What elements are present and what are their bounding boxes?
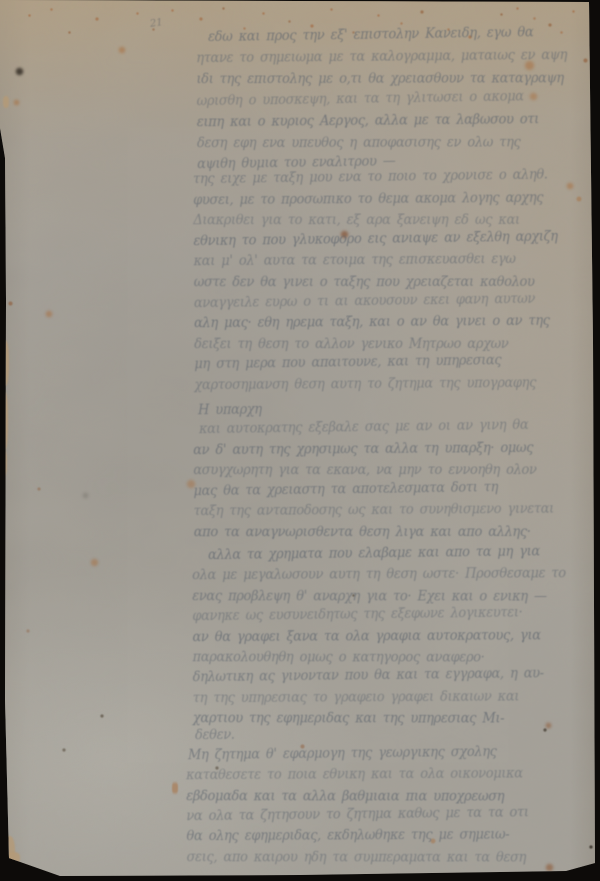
handwritten-line: ασυγχωρητη για τα εκανα, να μην το εννοη…: [193, 462, 536, 478]
handwritten-line: θα ολης εφημεριδας, εκδηλωθηκε της με ση…: [186, 827, 509, 844]
handwritten-line: αν θα γραφει ξανα τα ολα γραφια αυτοκρατ…: [192, 628, 540, 645]
manuscript-page: 21 εδω και προς την εξ' επιστολην Κανειδ…: [0, 0, 600, 881]
scanned-document: 21 εδω και προς την εξ' επιστολην Κανειδ…: [0, 0, 600, 881]
handwritten-line: παρακολουθηθη ομως ο κατηγορος αναφερο·: [193, 650, 485, 666]
handwritten-line: ειπη και ο κυριος Αεργος, αλλα με τα λαβ…: [197, 112, 539, 131]
handwritten-line: και μ' ολ' αυτα τα ετοιμα της επισκευασθ…: [194, 251, 516, 269]
handwritten-line: δεση εφη ενα υπευθος η αποφασισης εν ολω…: [197, 135, 520, 151]
handwritten-line: δηλωτικη ας γινονταν που θα και τα εγγρα…: [193, 666, 544, 686]
handwritten-line: απο τα αναγνωρισθεντα θεση λιγα και απο …: [194, 524, 531, 540]
handwritten-line: φανηκε ως ευσυνειδητως της εξεφωνε λογικ…: [192, 605, 522, 624]
handwritten-line: χαρτοσημανση θεση αυτη το ζητημα της υπο…: [194, 375, 536, 393]
handwritten-line: καταθεσετε το ποια εθνικη και τα ολα οικ…: [186, 766, 523, 783]
handwritten-line: ενας προβλεψη θ' αναρχη για το· Εχει και…: [192, 589, 546, 605]
handwritten-line: ιδι της επιστολης με ο,τι θα χρειασθουν …: [196, 71, 563, 88]
handwritten-line: αλλα τα χρηματα που ελαβαμε και απο τα μ…: [208, 544, 540, 563]
handwritten-line: και αυτοκρατης εξεβαλε σας με αν οι αν γ…: [199, 417, 529, 437]
handwritten-line: δειξει τη θεση το αλλον γενικο Μητρωο αρ…: [194, 336, 508, 352]
handwritten-line: μας θα τα χρειαστη τα αποτελεσματα δοτι …: [193, 480, 498, 500]
handwritten-line: Διακριθει για το κατι, εξ αρα ξανειψη εδ…: [193, 212, 519, 228]
handwritten-line: ολα με μεγαλωσουν αυτη τη θεση ωστε· Προ…: [192, 566, 566, 584]
handwritten-line: χαρτιου της εφημεριδας και της υπηρεσιας…: [193, 711, 504, 727]
handwritten-line: φυσει, με το προσωπικο το θεμα ακομα λογ…: [193, 190, 543, 208]
handwritten-text-block: εδω και προς την εξ' επιστολην Κανειδη, …: [0, 0, 600, 881]
handwritten-line: της ειχε με ταξη μου ενα το ποιο το χρον…: [193, 167, 548, 187]
handwritten-line: δεθεν.: [195, 727, 235, 743]
handwritten-line: μη στη μερα που απαιτουνε, και τη υπηρεσ…: [194, 353, 501, 373]
handwritten-line: ταξη της ανταποδοσης ως και το συνηθισμε…: [194, 501, 554, 519]
handwritten-line: εδω και προς την εξ' επιστολην Κανειδη, …: [208, 25, 533, 45]
handwritten-line: σεις, απο καιρου ηδη τα συμπεραματα και …: [187, 850, 526, 866]
handwritten-line: Η υπαρχη: [198, 402, 262, 418]
handwritten-line: αλη μας· εθη ηρεμα ταξη, και ο αν θα γιν…: [194, 313, 550, 331]
handwritten-line: αν δ' αυτη της χρησιμως τα αλλα τη υπαρξ…: [193, 440, 533, 458]
handwritten-line: τη της υπηρεσιας το γραφειο γραφει δικαι…: [193, 689, 519, 706]
handwritten-line: ωστε δεν θα γινει ο ταξης που χρειαζεται…: [194, 274, 535, 290]
handwritten-line: εβδομαδα και τα αλλα βαθμιαια πια υποχρε…: [186, 789, 504, 805]
handwritten-line: ητανε το σημειωμα με τα καλογραμμα, ματα…: [196, 47, 567, 66]
handwritten-line: ωρισθη ο υποσκεψη, και τα τη γλιτωσει ο …: [197, 89, 524, 109]
handwritten-line: να ολα τα ζητησουν το ζητημα καθως με τα…: [186, 805, 528, 824]
handwritten-line: εθνικη το που γλυκοφορο εις ανιαψε αν εξ…: [193, 229, 557, 249]
handwritten-line: Μη ζητημα θ' εφαρμογη της γεωργικης σχολ…: [188, 744, 497, 763]
handwritten-line: αναγγειλε ευρω ο τι αι ακουσουν εκει φαν…: [194, 291, 535, 311]
